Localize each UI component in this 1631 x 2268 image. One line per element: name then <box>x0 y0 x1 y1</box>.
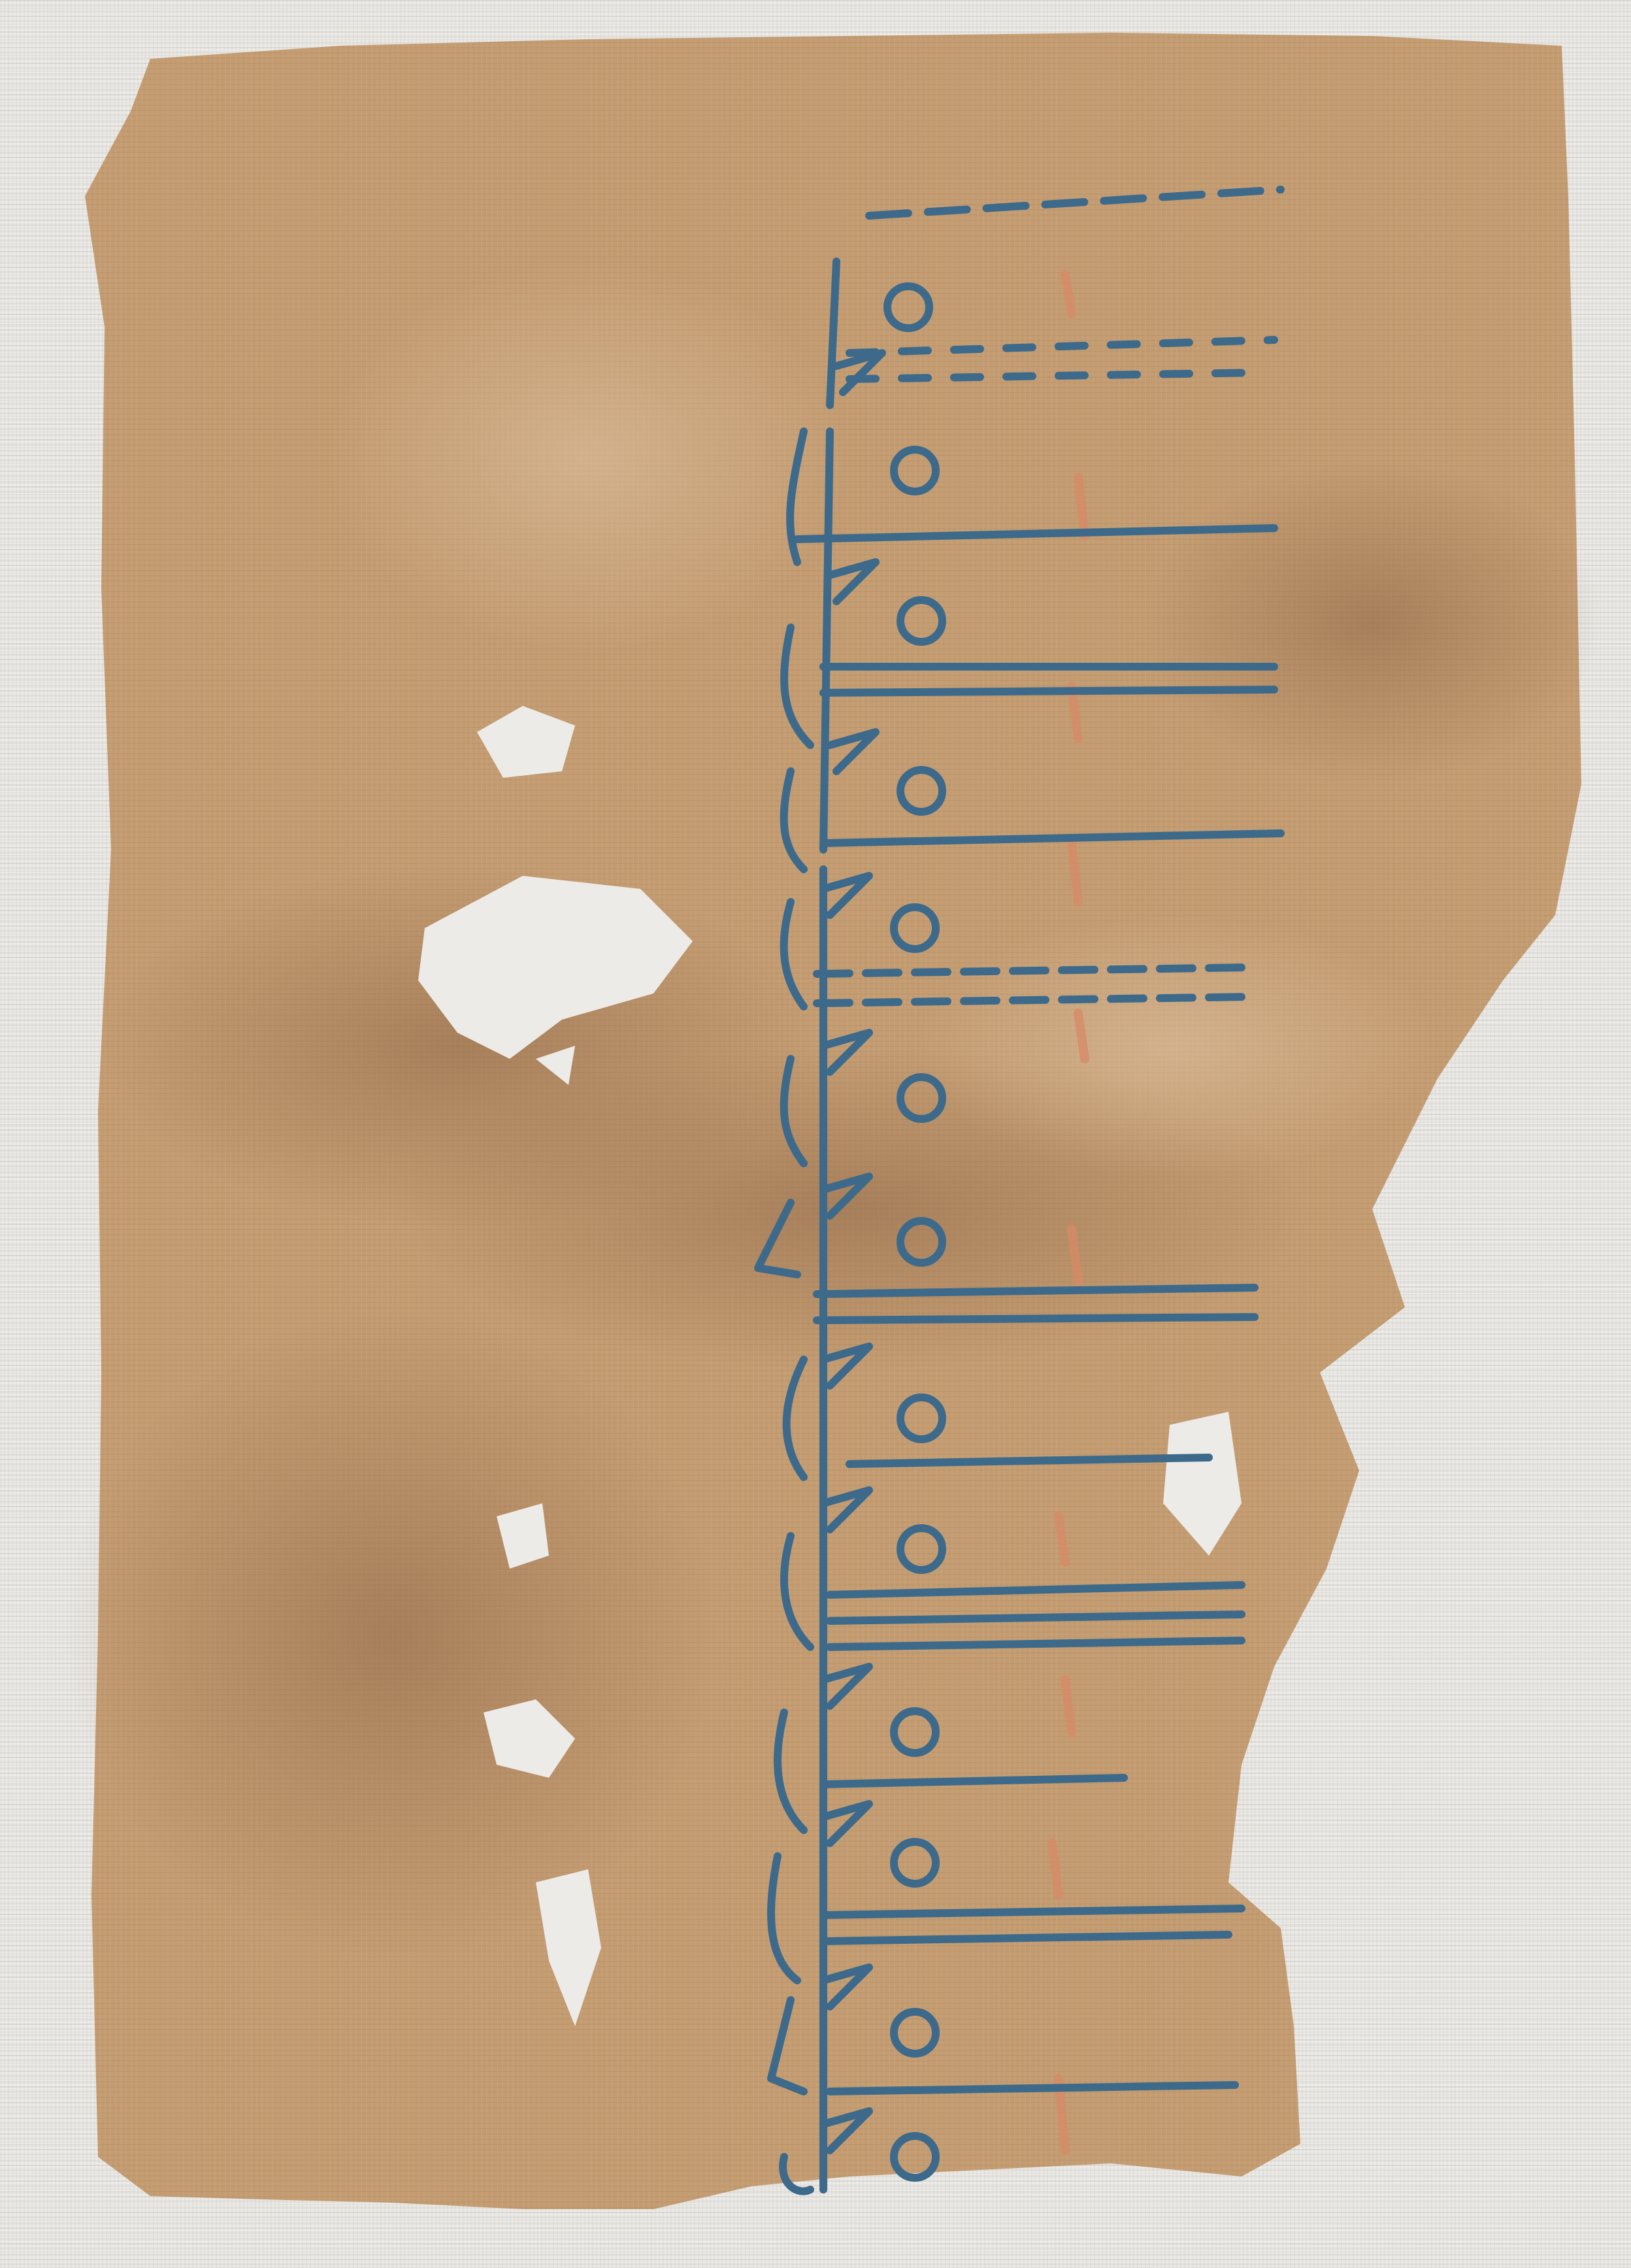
light-area <box>327 261 849 654</box>
textile-fragment <box>0 0 1631 2268</box>
stain <box>1144 458 1601 784</box>
stain <box>65 1307 719 1961</box>
light-area <box>915 915 1438 1176</box>
